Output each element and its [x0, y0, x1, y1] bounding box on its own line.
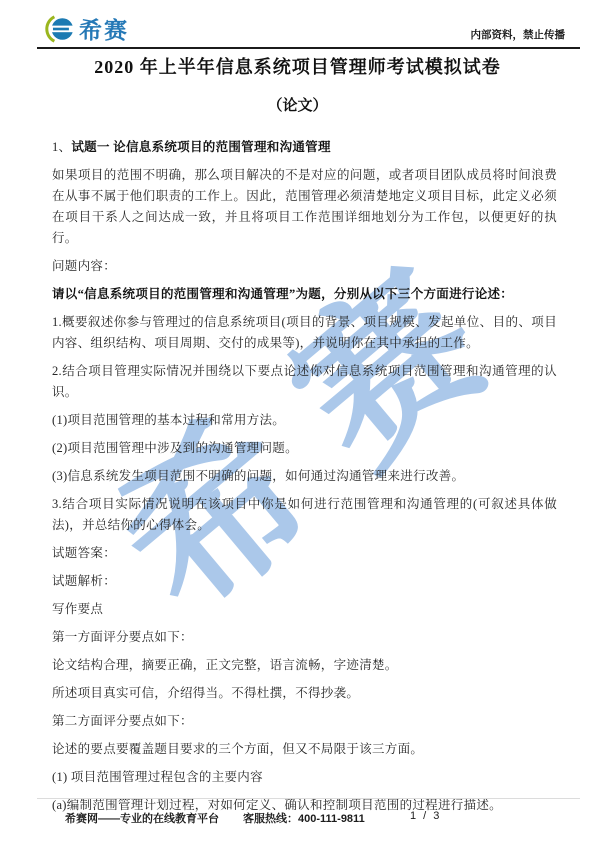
para-subpoint-2: (2)项目范围管理中涉及到的沟通管理问题。: [52, 438, 557, 459]
page-subtitle: （论文）: [0, 94, 595, 115]
document-page: 希赛 希赛 内部资料，禁止传播 2020 年上半年信息系统项目管理师考试模拟试卷…: [0, 0, 595, 841]
para-essay-topic: 请以“信息系统项目的范围管理和沟通管理”为题，分别从以下三个方面进行论述：: [52, 284, 557, 305]
question-number: 1、: [52, 140, 71, 154]
para-analysis-label: 试题解析：: [52, 571, 557, 592]
footer-hotline: 客服热线：400-111-9811: [243, 810, 365, 826]
para-aspect1-criteria-1: 论文结构合理，摘要正确，正文完整，语言流畅，字迹清楚。: [52, 655, 557, 676]
para-scope-process-heading: (1) 项目范围管理过程包含的主要内容: [52, 767, 557, 788]
logo-e-circle-icon: [44, 14, 76, 44]
para-aspect1-criteria-2: 所述项目真实可信，介绍得当。不得杜撰，不得抄袭。: [52, 683, 557, 704]
footer-divider: [37, 798, 580, 799]
para-question-content-label: 问题内容：: [52, 256, 557, 277]
para-point-3: 3.结合项目实际情况说明在该项目中你是如何进行范围管理和沟通管理的(可叙述具体做…: [52, 494, 557, 536]
page-indicator: 1 / 3: [410, 810, 441, 822]
para-point-1: 1.概要叙述你参与管理过的信息系统项目(项目的背景、项目规模、发起单位、目的、项…: [52, 312, 557, 354]
para-answer-label: 试题答案：: [52, 543, 557, 564]
brand-name: 希赛: [79, 12, 129, 45]
page-footer: 希赛网——专业的在线教育平台 客服热线：400-111-9811 1 / 3: [0, 798, 595, 838]
footer-site-name: 希赛网——专业的在线教育平台: [65, 810, 219, 826]
para-point-2: 2.结合项目管理实际情况并围绕以下要点论述你对信息系统项目范围管理和沟通管理的认…: [52, 361, 557, 403]
brand-logo: 希赛: [44, 12, 129, 45]
question-heading: 1、试题一 论信息系统项目的范围管理和沟通管理: [52, 137, 557, 158]
para-subpoint-3: (3)信息系统发生项目范围不明确的问题，如何通过沟通管理来进行改善。: [52, 466, 557, 487]
header-divider: [37, 47, 580, 49]
document-body: 1、试题一 论信息系统项目的范围管理和沟通管理 如果项目的范围不明确，那么项目解…: [52, 137, 557, 823]
para-aspect1-heading: 第一方面评分要点如下：: [52, 627, 557, 648]
para-writing-points: 写作要点: [52, 599, 557, 620]
para-aspect2-criteria-1: 论述的要点要覆盖题目要求的三个方面，但又不局限于该三方面。: [52, 739, 557, 760]
para-subpoint-1: (1)项目范围管理的基本过程和常用方法。: [52, 410, 557, 431]
para-aspect2-heading: 第二方面评分要点如下：: [52, 711, 557, 732]
page-title: 2020 年上半年信息系统项目管理师考试模拟试卷: [0, 53, 595, 79]
para-scope-intro: 如果项目的范围不明确，那么项目解决的不是对应的问题，或者项目团队成员将时间浪费在…: [52, 165, 557, 249]
question-title: 试题一 论信息系统项目的范围管理和沟通管理: [71, 140, 330, 154]
confidential-notice: 内部资料，禁止传播: [471, 27, 566, 42]
